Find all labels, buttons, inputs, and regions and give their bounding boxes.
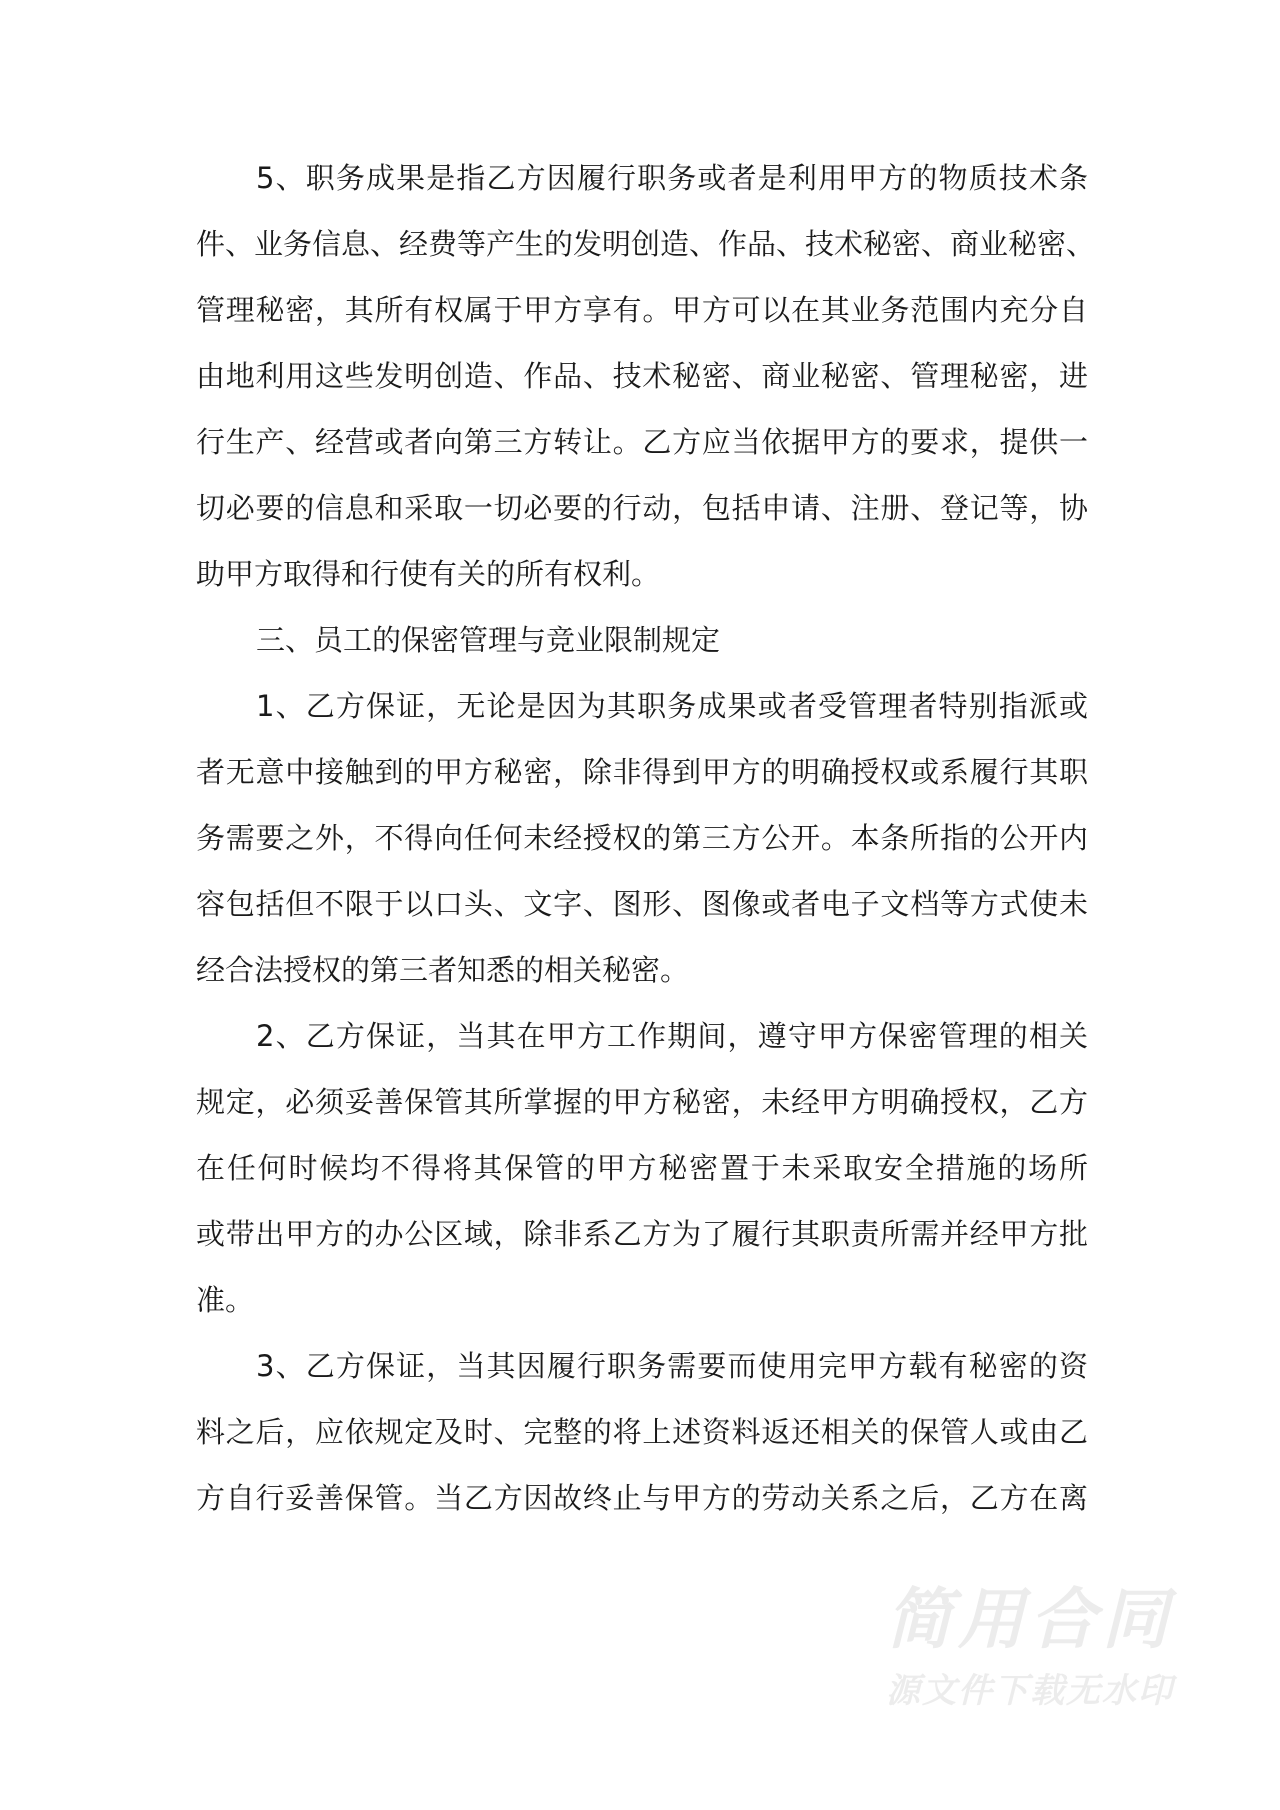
- text-line: 件、业务信息、经费等产生的发明创造、作品、技术秘密、商业秘密、: [196, 211, 1088, 277]
- text-line: 容包括但不限于以口头、文字、图形、图像或者电子文档等方式使未: [196, 871, 1088, 937]
- document-page: 5、职务成果是指乙方因履行职务或者是利用甲方的物质技术条 件、业务信息、经费等产…: [196, 145, 1088, 1531]
- watermark-subtitle: 源文件下载无水印: [880, 1666, 1180, 1716]
- watermark-logo-text: 简用合同: [880, 1580, 1180, 1660]
- text-line: 3、乙方保证，当其因履行职务需要而使用完甲方载有秘密的资: [196, 1333, 1088, 1399]
- watermark: 简用合同 源文件下载无水印: [880, 1580, 1180, 1716]
- text-line: 管理秘密，其所有权属于甲方享有。甲方可以在其业务范围内充分自: [196, 277, 1088, 343]
- text-line: 切必要的信息和采取一切必要的行动，包括申请、注册、登记等，协: [196, 475, 1088, 541]
- paragraph-clause-3: 3、乙方保证，当其因履行职务需要而使用完甲方载有秘密的资 料之后，应依规定及时、…: [196, 1333, 1088, 1531]
- text-line: 方自行妥善保管。当乙方因故终止与甲方的劳动关系之后，乙方在离: [196, 1465, 1088, 1531]
- text-line: 料之后，应依规定及时、完整的将上述资料返还相关的保管人或由乙: [196, 1399, 1088, 1465]
- section-title: 三、员工的保密管理与竞业限制规定: [196, 607, 1088, 673]
- text-line: 经合法授权的第三者知悉的相关秘密。: [196, 937, 1088, 1003]
- text-line: 规定，必须妥善保管其所掌握的甲方秘密，未经甲方明确授权，乙方: [196, 1069, 1088, 1135]
- text-line: 务需要之外，不得向任何未经授权的第三方公开。本条所指的公开内: [196, 805, 1088, 871]
- text-line: 或带出甲方的办公区域，除非系乙方为了履行其职责所需并经甲方批: [196, 1201, 1088, 1267]
- text-line: 行生产、经营或者向第三方转让。乙方应当依据甲方的要求，提供一: [196, 409, 1088, 475]
- paragraph-clause-2: 2、乙方保证，当其在甲方工作期间，遵守甲方保密管理的相关 规定，必须妥善保管其所…: [196, 1003, 1088, 1333]
- text-line: 在任何时候均不得将其保管的甲方秘密置于未采取安全措施的场所: [196, 1135, 1088, 1201]
- text-line: 者无意中接触到的甲方秘密，除非得到甲方的明确授权或系履行其职: [196, 739, 1088, 805]
- text-line: 准。: [196, 1267, 1088, 1333]
- text-line: 5、职务成果是指乙方因履行职务或者是利用甲方的物质技术条: [196, 145, 1088, 211]
- text-line: 由地利用这些发明创造、作品、技术秘密、商业秘密、管理秘密，进: [196, 343, 1088, 409]
- section-heading: 三、员工的保密管理与竞业限制规定: [196, 607, 1088, 673]
- text-line: 助甲方取得和行使有关的所有权利。: [196, 541, 1088, 607]
- text-line: 1、乙方保证，无论是因为其职务成果或者受管理者特别指派或: [196, 673, 1088, 739]
- paragraph-clause-5: 5、职务成果是指乙方因履行职务或者是利用甲方的物质技术条 件、业务信息、经费等产…: [196, 145, 1088, 607]
- paragraph-clause-1: 1、乙方保证，无论是因为其职务成果或者受管理者特别指派或 者无意中接触到的甲方秘…: [196, 673, 1088, 1003]
- text-line: 2、乙方保证，当其在甲方工作期间，遵守甲方保密管理的相关: [196, 1003, 1088, 1069]
